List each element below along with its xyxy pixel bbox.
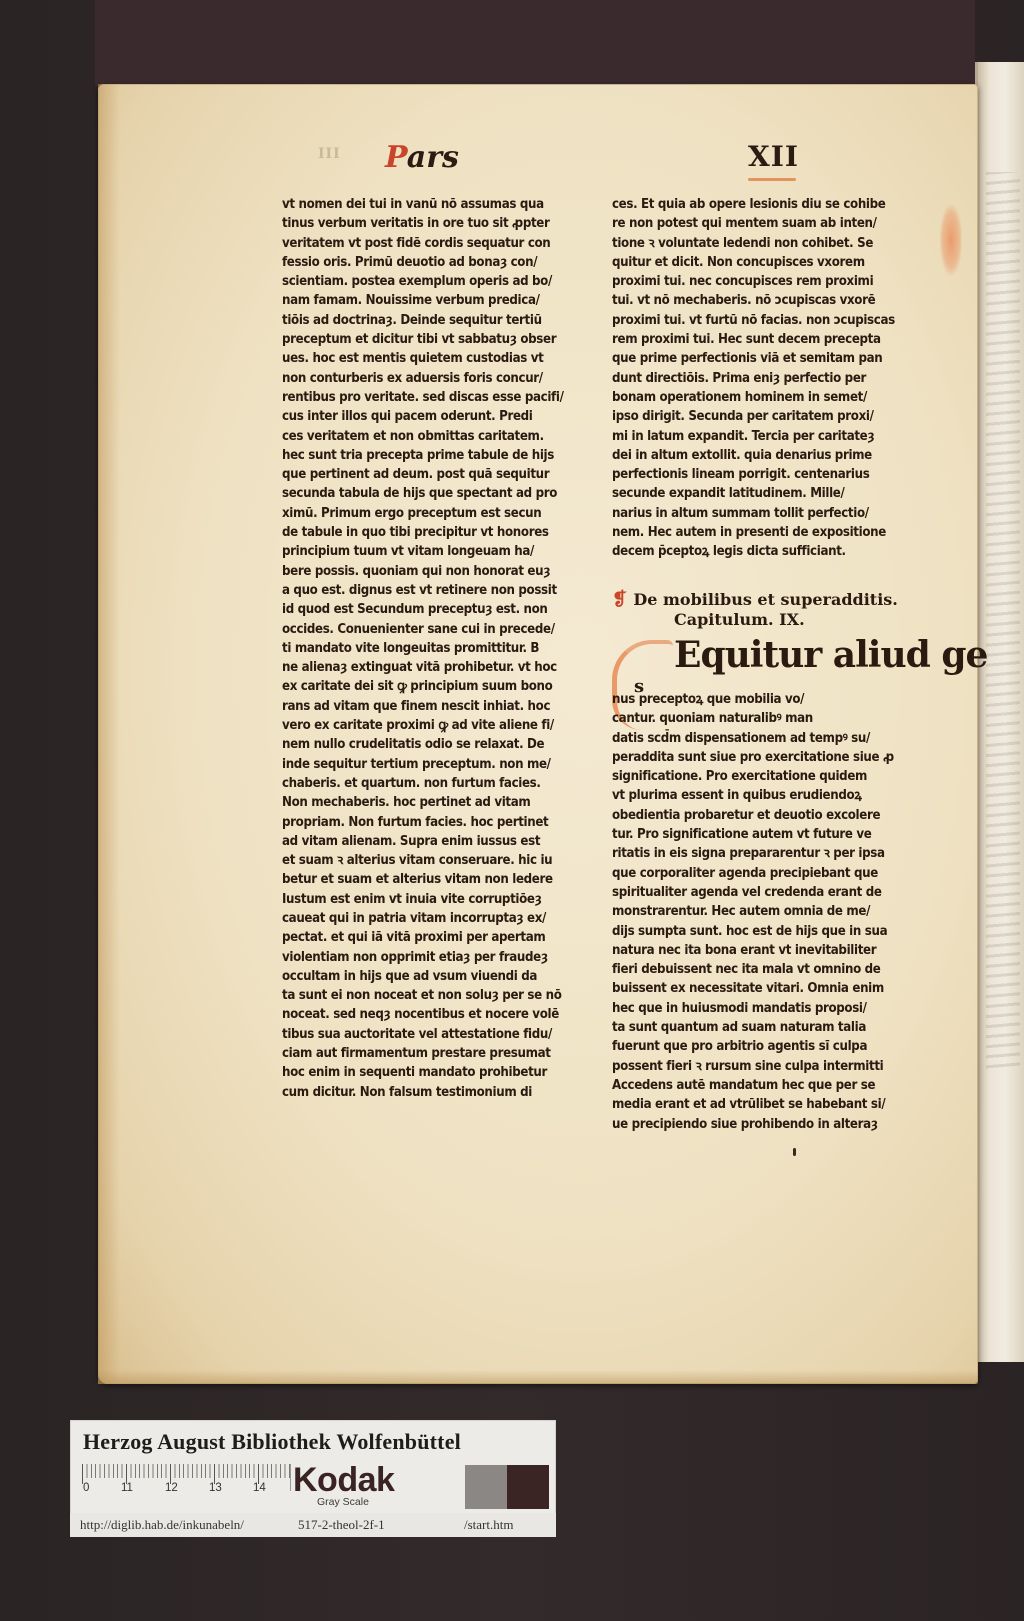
kodak-logo: Kodak (293, 1461, 394, 1500)
chapter-heading: ❡ De mobilibus et superadditis. Capitulu… (612, 590, 912, 630)
text-line: significatione. Pro exercitatione quidem (612, 767, 922, 786)
text-line: media erant et ad vtrūlibet se habebant … (612, 1095, 922, 1114)
text-line: cus inter illos qui pacem oderunt. Predi (282, 407, 592, 426)
text-line: hec sunt tria precepta prime tabule de h… (282, 446, 592, 465)
text-line: bere possis. quoniam qui non honorat euȝ (282, 562, 592, 581)
text-line: cantur. quoniam naturalibꝰ man (612, 709, 922, 728)
text-column-right-top: ces. Et quia ab opere lesionis diu se co… (612, 195, 922, 562)
text-line: hec que in huiusmodi mandatis proposi/ (612, 999, 922, 1018)
text-line: tinus verbum veritatis in ore tuo sit ꝓp… (282, 214, 592, 233)
text-line: chaberis. et quartum. non furtum facies. (282, 774, 592, 793)
red-margin-flourish (940, 205, 962, 275)
text-line: datis scd̄m dispensationem ad tempꝰ su/ (612, 729, 922, 748)
text-line: tiōis ad doctrinaȝ. Deinde sequitur tert… (282, 311, 592, 330)
text-line: ipso dirigit. Secunda per caritatem prox… (612, 407, 922, 426)
text-column-right-bottom: nus preceptoꝝ que mobilia vo/cantur. quo… (612, 690, 922, 1134)
ruler-label: 14 (253, 1482, 266, 1494)
text-line: decem p̄ceptoꝝ legis dicta sufficiant. (612, 542, 922, 561)
gray-patch-white (421, 1465, 461, 1509)
rubricated-initial: P (385, 140, 407, 175)
gray-patch-dark (507, 1465, 549, 1509)
text-line: dunt directiōis. Prima eniȝ perfectio pe… (612, 369, 922, 388)
text-line: ta sunt ei non noceat et non soluȝ per s… (282, 986, 592, 1005)
gray-patch-mid (465, 1465, 507, 1509)
text-line: nem nullo crudelitatis odio se relaxat. … (282, 735, 592, 754)
text-line: proximi tui. vt furtū nō facias. non ɔcu… (612, 311, 922, 330)
text-line: re non potest qui mentem suam ab inten/ (612, 214, 922, 233)
text-line: ces veritatem et non obmittas caritatem. (282, 427, 592, 446)
ruler-major-tick (82, 1464, 83, 1484)
text-line: ritatis in eis signa prepararentur ꝛ per… (612, 844, 922, 863)
gray-scale-caption: Gray Scale (317, 1496, 369, 1508)
text-line: tione ꝛ voluntate ledendi non cohibet. S… (612, 234, 922, 253)
folio-red-stroke (748, 178, 796, 181)
text-line: secunde expandit latitudinem. Mille/ (612, 484, 922, 503)
text-line: vero ex caritate proximi ꝙ ad vite alien… (282, 716, 592, 735)
paper-stain-left (98, 84, 120, 1384)
text-line: rans ad vitam que finem nescit inhiat. h… (282, 697, 592, 716)
text-line: fessio oris. Primū deuotio ad bonaȝ con/ (282, 253, 592, 272)
text-line: proximi tui. nec concupisces rem proximi (612, 272, 922, 291)
facing-page-text-blur (986, 172, 1020, 1072)
url-base: http://diglib.hab.de/inkunabeln/ (80, 1517, 244, 1533)
ruler-major-tick (258, 1464, 259, 1484)
text-line: rem proximi tui. Hec sunt decem precepta (612, 330, 922, 349)
text-line: a quo est. dignus est vt retinere non po… (282, 581, 592, 600)
paper-stain-bottom (98, 1370, 978, 1384)
text-line: que pertinent ad deum. post quā sequitur (282, 465, 592, 484)
text-line: ti mandato vite longeuitas promittitur. … (282, 639, 592, 658)
text-line: que prime perfectionis viā et semitam pa… (612, 349, 922, 368)
text-line: dei in altum extollit. quia denarius pri… (612, 446, 922, 465)
text-line: nem. Hec autem in presenti de exposition… (612, 523, 922, 542)
text-line: hoc enim in sequenti mandato prohibetur (282, 1063, 592, 1082)
text-line: ta sunt quantum ad suam naturam talia (612, 1018, 922, 1037)
text-line: scientiam. postea exemplum operis ad bo/ (282, 272, 592, 291)
text-column-left: vt nomen dei tui in vanū nō assumas quat… (282, 195, 592, 1102)
url-page: /start.htm (464, 1517, 513, 1533)
faint-offset-mark: III (318, 146, 341, 162)
text-line: de tabule in quo tibi precipitur vt hono… (282, 523, 592, 542)
text-line: ues. hoc est mentis quietem custodias vt (282, 349, 592, 368)
url-strip: http://diglib.hab.de/inkunabeln/ 517-2-t… (70, 1513, 556, 1537)
text-line: occultam in hijs que ad vsum viuendi da (282, 967, 592, 986)
text-line: ne alienaȝ extinguat vitā prohibetur. vt… (282, 658, 592, 677)
text-line: vt nomen dei tui in vanū nō assumas qua (282, 195, 592, 214)
text-line: natura nec ita bona erant vt inevitabili… (612, 941, 922, 960)
text-line: ximū. Primum ergo preceptum est secun (282, 504, 592, 523)
text-line: pectat. et qui iā vitā proximi per apert… (282, 928, 592, 947)
text-line: Non mechaberis. hoc pertinet ad vitam (282, 793, 592, 812)
text-line: spiritualiter agenda vel credenda erant … (612, 883, 922, 902)
text-line: secunda tabula de hijs que spectant ad p… (282, 484, 592, 503)
text-line: peraddita sunt siue pro exercitatione si… (612, 748, 922, 767)
ruler-label: 12 (165, 1482, 178, 1494)
ruler-major-tick (214, 1464, 215, 1484)
text-line: buissent ex necessitate vitari. Omnia en… (612, 979, 922, 998)
text-line: ad vitam alienam. Supra enim iussus est (282, 832, 592, 851)
text-line: fieri debuissent nec ita mala vt omnino … (612, 960, 922, 979)
text-line: non conturberis ex aduersis foris concur… (282, 369, 592, 388)
text-line: occides. Conuenienter sane cui in preced… (282, 620, 592, 639)
text-line: rentibus pro veritate. sed discas esse p… (282, 388, 592, 407)
chapter-incipit: Equitur aliud ge (674, 634, 987, 676)
text-line: fuerunt que pro arbitrio agentis sī culp… (612, 1037, 922, 1056)
text-line: inde sequitur tertium preceptum. non me/ (282, 755, 592, 774)
text-line: et suam ꝛ alterius vitam conseruare. hic… (282, 851, 592, 870)
ruler-labels: 0 11 12 13 14 (82, 1482, 290, 1496)
text-line: tur. Pro significatione autem vt future … (612, 825, 922, 844)
text-line: noceat. sed neqȝ nocentibus et nocere vo… (282, 1005, 592, 1024)
ruler-label: 13 (209, 1482, 222, 1494)
book-cover-edge (95, 0, 975, 86)
text-line: preceptum et dicitur tibi vt sabbatuȝ ob… (282, 330, 592, 349)
text-line: betur et suam et alterius vitam non lede… (282, 870, 592, 889)
ruler-major-tick (126, 1464, 127, 1484)
text-line: ex caritate dei sit ꝙ principium suum bo… (282, 677, 592, 696)
text-line: obedientia probaretur et deuotio excoler… (612, 806, 922, 825)
ruler-label: 0 (83, 1482, 89, 1494)
url-id: 517-2-theol-2f-1 (298, 1517, 385, 1533)
scale-ruler: 0 11 12 13 14 (82, 1464, 291, 1491)
text-line: possent fieri ꝛ rursum sine culpa interm… (612, 1057, 922, 1076)
text-line: dijs sumpta sunt. hoc est de hijs que in… (612, 922, 922, 941)
text-line: cum dicitur. Non falsum testimonium di (282, 1083, 592, 1102)
text-line: id quod est Secundum preceptuȝ est. non (282, 600, 592, 619)
text-line: violentiam non opprimit etiaȝ per fraude… (282, 948, 592, 967)
text-line: mi in latum expandit. Tercia per caritat… (612, 427, 922, 446)
pilcrow-icon: ❡ (612, 589, 633, 610)
library-name: Herzog August Bibliothek Wolfenbüttel (83, 1429, 461, 1455)
running-head-title-rest: ars (407, 140, 459, 175)
text-line: veritatem vt post fidē cordis sequatur c… (282, 234, 592, 253)
text-line: bonam operationem hominem in semet/ (612, 388, 922, 407)
text-line: nam famam. Nouissime verbum predica/ (282, 291, 592, 310)
text-line: monstrarentur. Hec autem omnia de me/ (612, 902, 922, 921)
running-head-title: Pars (385, 140, 459, 175)
ink-mark (793, 1148, 796, 1156)
folio-number: XII (748, 140, 799, 173)
text-line: narius in altum summam tollit perfectio/ (612, 504, 922, 523)
text-line: Iustum est enim vt inuia vite corruptiōe… (282, 890, 592, 909)
ruler-label: 11 (121, 1482, 133, 1494)
facing-page-edge (978, 62, 1024, 1362)
text-line: tui. vt nō mechaberis. nō ɔcupiscas vxor… (612, 291, 922, 310)
ruler-major-tick (170, 1464, 171, 1484)
text-line: tibus sua auctoritate vel attestatione f… (282, 1025, 592, 1044)
text-line: caueat qui in patria vitam incorruptaȝ e… (282, 909, 592, 928)
text-line: ces. Et quia ab opere lesionis diu se co… (612, 195, 922, 214)
chapter-title: ❡ De mobilibus et superadditis. (612, 590, 912, 610)
text-line: ciam aut firmamentum prestare presumat (282, 1044, 592, 1063)
chapter-number: Capitulum. IX. (612, 610, 912, 630)
text-line: quitur et dicit. Non concupisces vxorem (612, 253, 922, 272)
text-line: nus preceptoꝝ que mobilia vo/ (612, 690, 922, 709)
reference-card: Herzog August Bibliothek Wolfenbüttel 0 … (70, 1420, 556, 1515)
text-line: principium tuum vt vitam longeuam ha/ (282, 542, 592, 561)
text-line: vt plurima essent in quibus erudiendoꝝ (612, 786, 922, 805)
text-line: Accedens autē mandatum hec que per se (612, 1076, 922, 1095)
text-line: perfectionis lineam porrigit. centenariu… (612, 465, 922, 484)
text-line: propriam. Non furtum facies. hoc pertine… (282, 813, 592, 832)
text-line: ue precipiendo siue prohibendo in altera… (612, 1115, 922, 1134)
text-line: que corporaliter agenda precipiebant que (612, 864, 922, 883)
